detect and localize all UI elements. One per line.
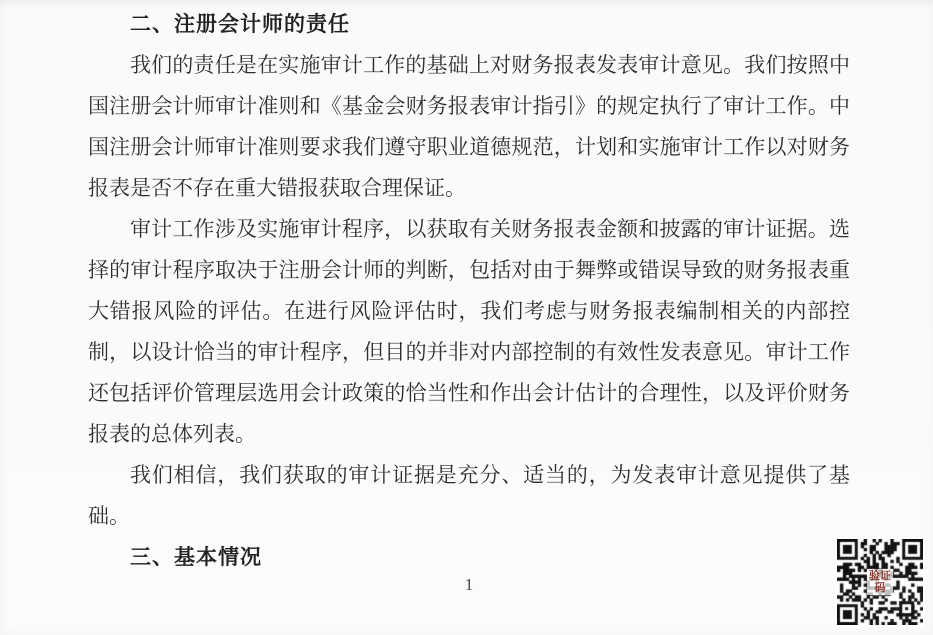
document-page: 二、注册会计师的责任 我们的责任是在实施审计工作的基础上对财务报表发表审计意见。…: [0, 0, 933, 635]
paragraph-audit-procedures: 审计工作涉及实施审计程序，以获取有关财务报表金额和披露的审计证据。选择的审计程序…: [88, 209, 850, 455]
qr-label-line1: 验证: [869, 570, 891, 582]
paragraph-audit-evidence: 我们相信，我们获取的审计证据是充分、适当的，为发表审计意见提供了基础。: [88, 455, 850, 537]
section-heading-auditor-responsibility: 二、注册会计师的责任: [88, 4, 850, 45]
paragraph-responsibility: 我们的责任是在实施审计工作的基础上对财务报表发表审计意见。我们按照中国注册会计师…: [88, 45, 850, 209]
verification-qr-code: 验证 码: [835, 537, 925, 627]
section-heading-basic-information: 三、基本情况: [88, 537, 850, 578]
qr-label-line2: 码: [869, 582, 891, 594]
qr-center-label: 验证 码: [867, 569, 893, 595]
page-number: 1: [88, 575, 850, 595]
